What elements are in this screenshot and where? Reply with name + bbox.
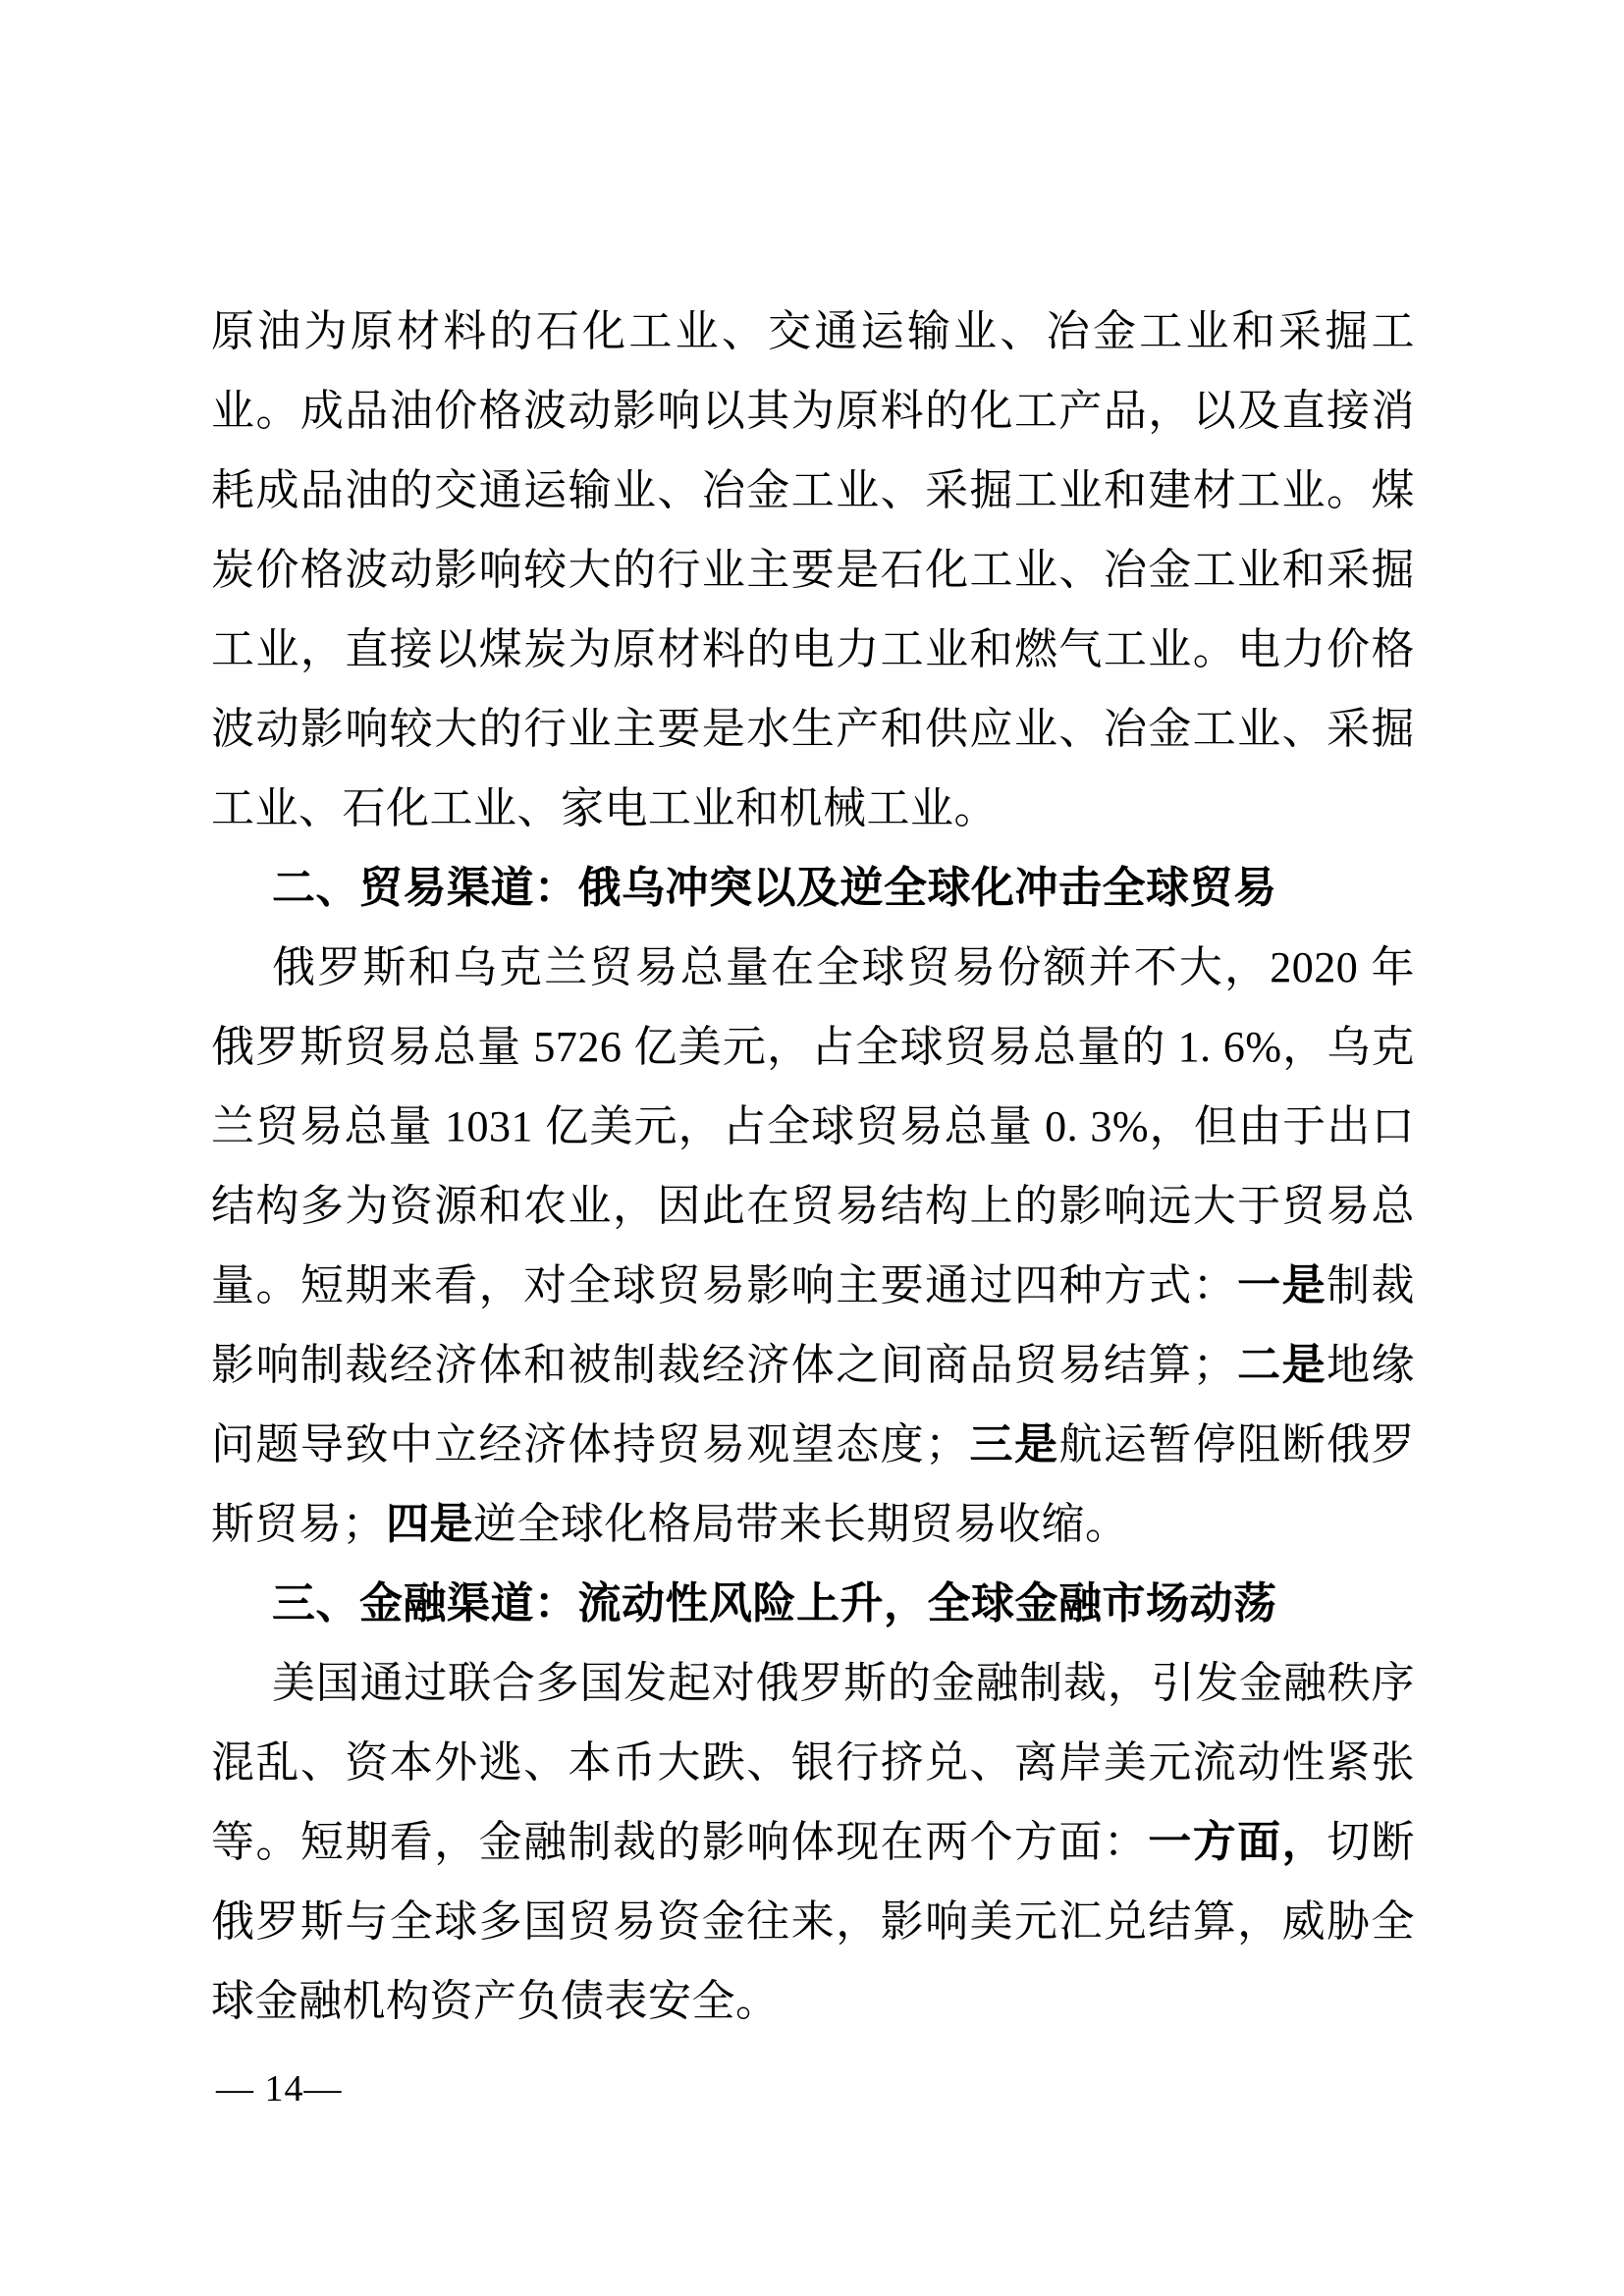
text-run-bold-third: 三是 <box>969 1420 1059 1468</box>
body-paragraph-industry: 原油为原材料的石化工业、交通运输业、冶金工业和采掘工业。成品油价格波动影响以其为… <box>211 292 1415 848</box>
text-run: 逆全球化格局带来长期贸易收缩。 <box>473 1500 1129 1548</box>
page-number: — 14— <box>216 2067 343 2110</box>
text-run-bold-first: 一是 <box>1237 1261 1326 1309</box>
section-heading-finance: 三、金融渠道：流动性风险上升，全球金融市场动荡 <box>211 1564 1415 1643</box>
text-run-bold-fourth: 四是 <box>386 1500 473 1548</box>
text-run: 俄罗斯和乌克兰贸易总量在全球贸易份额并不大，2020 年俄罗斯贸易总量 5726… <box>211 943 1415 1309</box>
text-run-bold-second: 二是 <box>1236 1341 1326 1389</box>
document-page: { "document": { "paragraph_industry": { … <box>0 0 1624 2296</box>
text-run-bold-aspect: 一方面， <box>1148 1818 1326 1866</box>
page-body: 原油为原材料的石化工业、交通运输业、冶金工业和采掘工业。成品油价格波动影响以其为… <box>211 292 1415 2041</box>
body-paragraph-trade: 俄罗斯和乌克兰贸易总量在全球贸易份额并不大，2020 年俄罗斯贸易总量 5726… <box>211 928 1415 1564</box>
body-paragraph-finance: 美国通过联合多国发起对俄罗斯的金融制裁，引发金融秩序混乱、资本外逃、本币大跌、银… <box>211 1643 1415 2041</box>
section-heading-trade: 二、贸易渠道：俄乌冲突以及逆全球化冲击全球贸易 <box>211 848 1415 928</box>
